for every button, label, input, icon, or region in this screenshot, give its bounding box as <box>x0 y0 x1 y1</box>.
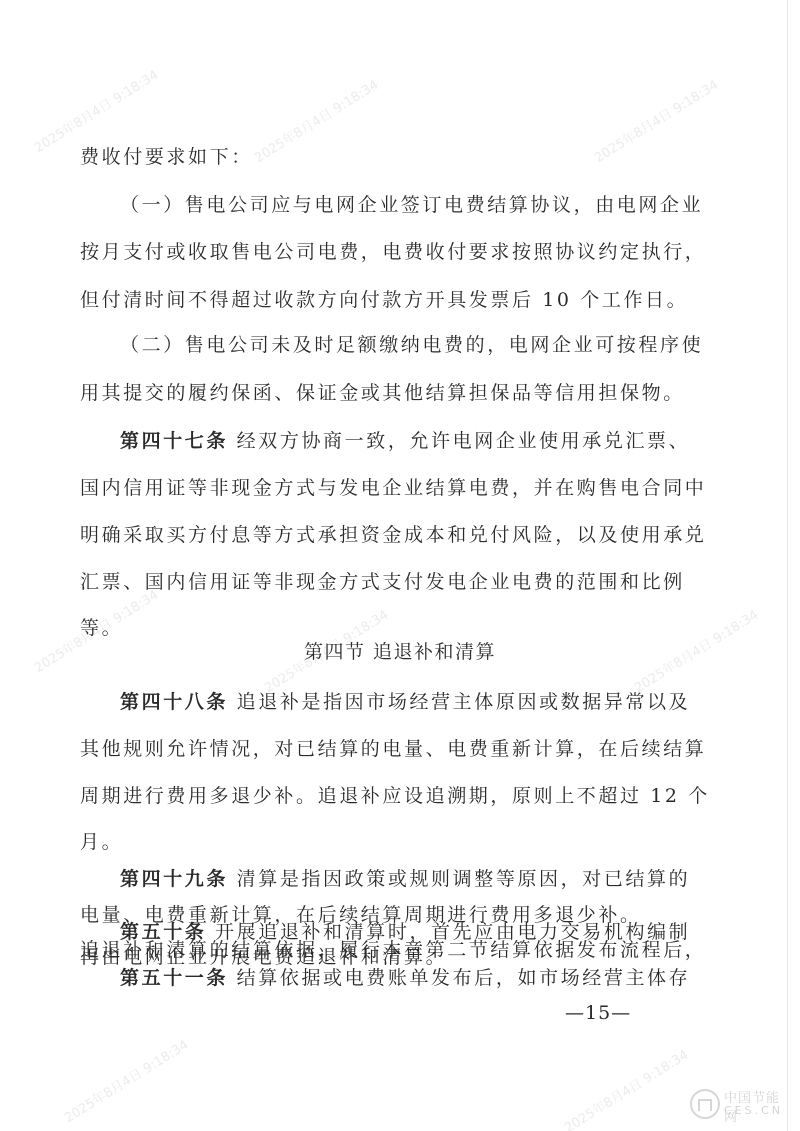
article-number: 第四十八条 <box>120 691 228 713</box>
site-logo: 中国节能网 CES.CN <box>690 1087 790 1123</box>
body-text: 追退补是指因市场经营主体原因或数据异常以及 <box>228 691 690 713</box>
body-text-line: 月。 <box>80 830 123 854</box>
article-number: 第四十九条 <box>120 868 228 890</box>
body-text-line: 其他规则允许情况，对已结算的电量、电费重新计算，在后续结算 <box>80 737 706 761</box>
page-edge-divider <box>787 0 788 1131</box>
section-heading: 第四节 追退补和清算 <box>0 640 800 664</box>
watermark: 2025年8月4日 9:18:34 <box>560 1044 691 1131</box>
body-text: 结算依据或电费账单发布后，如市场经营主体存 <box>228 967 690 989</box>
logo-icon <box>690 1089 720 1119</box>
article-number: 第四十七条 <box>120 430 228 452</box>
body-text-line: 明确采取买方付息等方式承担资金成本和兑付风险，以及使用承兑 <box>80 523 706 547</box>
body-text-line: 汇票、国内信用证等非现金方式支付发电企业电费的范围和比例 <box>80 570 685 594</box>
article-47: 第四十七条 经双方协商一致，允许电网企业使用承兑汇票、 <box>120 429 690 453</box>
body-text-line: 费收付要求如下： <box>80 145 253 169</box>
logo-text-en: CES.CN <box>724 1104 783 1117</box>
body-text-line: 用其提交的履约保函、保证金或其他结算担保品等信用担保物。 <box>80 381 685 405</box>
watermark: 2025年8月4日 9:18:34 <box>60 1034 191 1126</box>
article-number: 第五十一条 <box>120 967 228 989</box>
article-48: 第四十八条 追退补是指因市场经营主体原因或数据异常以及 <box>120 690 690 714</box>
article-51: 第五十一条 结算依据或电费账单发布后，如市场经营主体存 <box>120 966 690 990</box>
body-text-line: 周期进行费用多退少补。追退补应设追溯期，原则上不超过 12 个 <box>80 784 710 808</box>
body-text-line: （一）售电公司应与电网企业签订电费结算协议，由电网企业 <box>120 193 703 217</box>
document-page: 2025年8月4日 9:18:34 2025年8月4日 9:18:34 2025… <box>0 0 800 1131</box>
body-text-line: 按月支付或收取售电公司电费，电费收付要求按照协议约定执行， <box>80 240 706 264</box>
body-text: 经双方协商一致，允许电网企业使用承兑汇票、 <box>228 430 690 452</box>
body-text-line: 但付清时间不得超过收款方向付款方开具发票后 10 个工作日。 <box>80 288 688 312</box>
body-text-line: 国内信用证等非现金方式与发电企业结算电费，并在购售电合同中 <box>80 476 706 500</box>
watermark: 2025年8月4日 9:18:34 <box>250 74 381 166</box>
body-text-line: 等。 <box>80 616 123 640</box>
page-number: —15— <box>565 1002 631 1024</box>
watermark: 2025年8月4日 9:18:34 <box>30 64 161 156</box>
article-49: 第四十九条 清算是指因政策或规则调整等原因，对已结算的 <box>120 867 690 891</box>
body-text: 清算是指因政策或规则调整等原因，对已结算的 <box>228 868 690 890</box>
body-text-line: （二）售电公司未及时足额缴纳电费的，电网企业可按程序使 <box>120 333 703 357</box>
watermark: 2025年8月4日 9:18:34 <box>590 74 721 166</box>
